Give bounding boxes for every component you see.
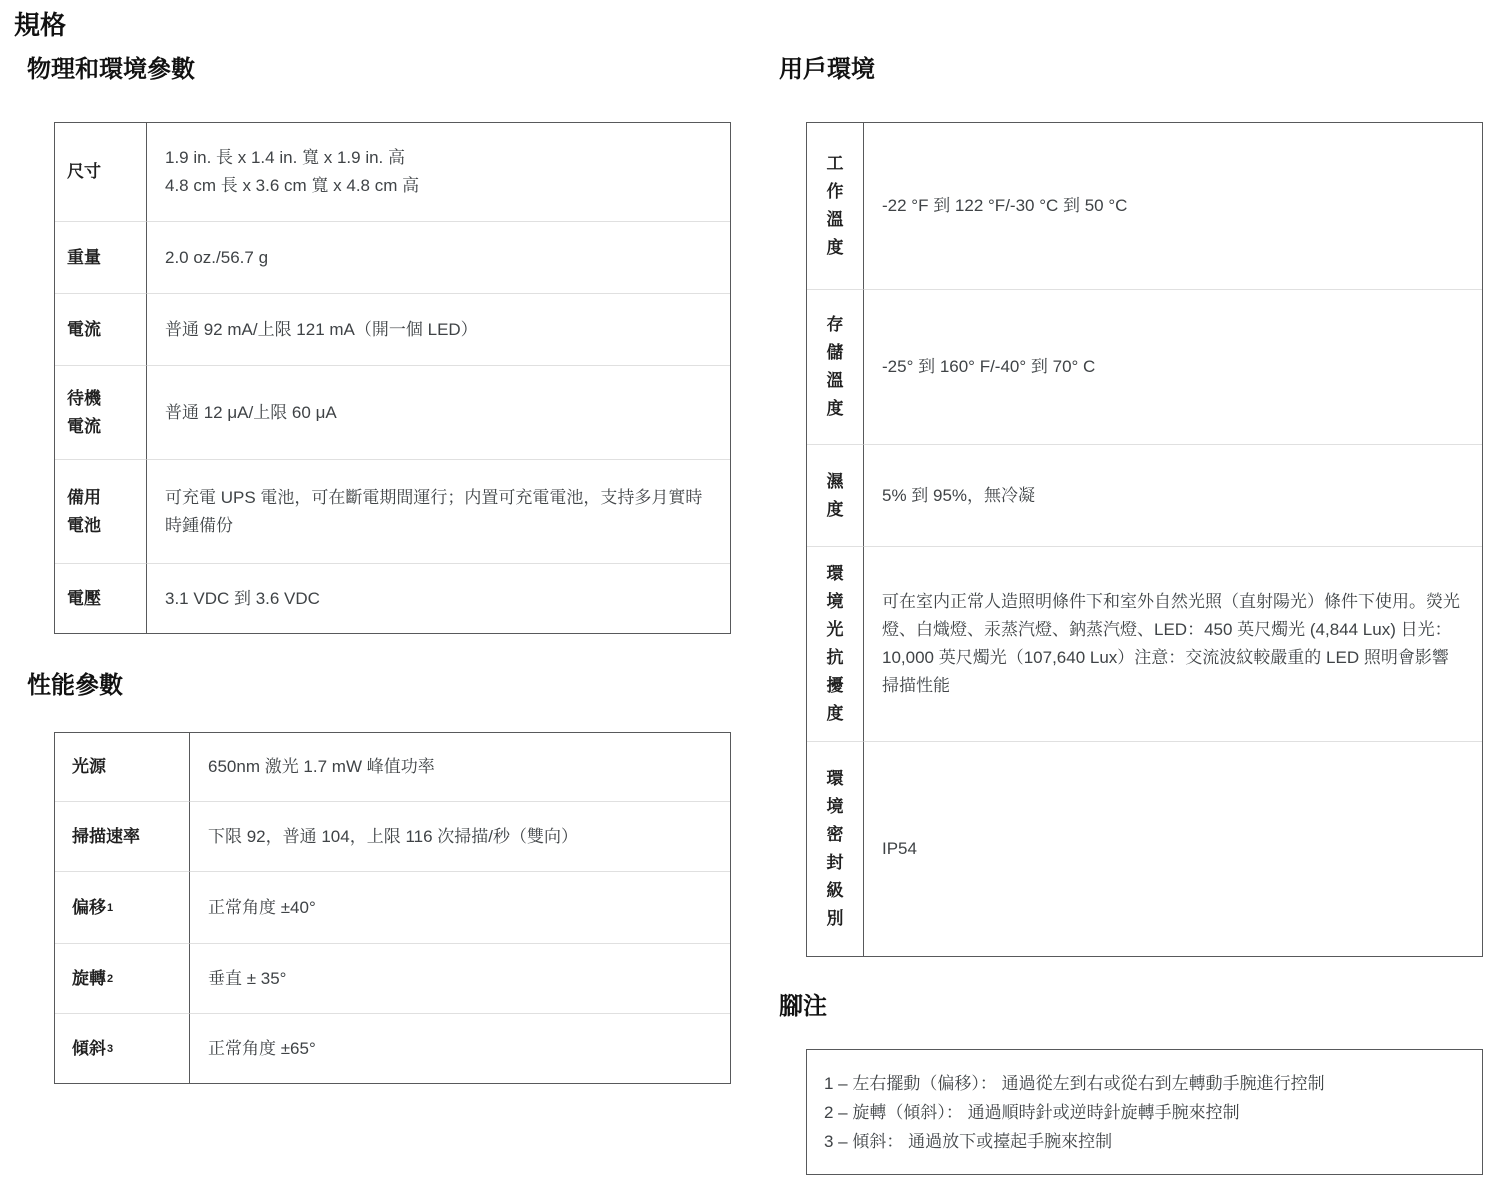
row-value-dimensions: 1.9 in. 長 x 1.4 in. 寬 x 1.9 in. 高 4.8 cm… bbox=[147, 123, 730, 221]
row-label-backup-battery: 備用 電池 bbox=[55, 459, 147, 563]
row-label-current: 電流 bbox=[55, 293, 147, 365]
footnotes-box: 1 – 左右擺動（偏移）： 通過從左到右或從右到左轉動手腕進行控制 2 – 旋轉… bbox=[806, 1049, 1483, 1175]
row-label-voltage: 電壓 bbox=[55, 563, 147, 633]
row-value-light-source: 650nm 激光 1.7 mW 峰值功率 bbox=[190, 733, 730, 801]
row-value-skew: 正常角度 ±40° bbox=[190, 871, 730, 943]
user-environment-table: 工 作 溫 度 -22 °F 到 122 °F/-30 °C 到 50 °C 存… bbox=[806, 122, 1483, 957]
content-columns: 物理和環境參數 尺寸 1.9 in. 長 x 1.4 in. 寬 x 1.9 i… bbox=[0, 54, 1504, 1175]
row-label-light-source: 光源 bbox=[55, 733, 190, 801]
performance-params-table: 光源 650nm 激光 1.7 mW 峰值功率 掃描速率 下限 92，普通 10… bbox=[54, 732, 731, 1084]
row-label-environmental-sealing: 環 境 密 封 級 別 bbox=[807, 741, 864, 956]
row-label-standby-current: 待機 電流 bbox=[55, 365, 147, 459]
row-value-operating-temp: -22 °F 到 122 °F/-30 °C 到 50 °C bbox=[864, 123, 1482, 289]
section-heading-environment: 用戶環境 bbox=[779, 54, 1489, 86]
row-value-standby-current: 普通 12 μA/上限 60 μA bbox=[147, 365, 730, 459]
row-label-dimensions: 尺寸 bbox=[55, 123, 147, 221]
row-label-operating-temp: 工 作 溫 度 bbox=[807, 123, 864, 289]
footnote-line-3: 3 – 傾斜： 通過放下或擡起手腕來控制 bbox=[824, 1127, 1462, 1156]
row-label-ambient-light-immunity: 環 境 光 抗 擾 度 bbox=[807, 546, 864, 741]
row-label-skew: 偏移1 bbox=[55, 871, 190, 943]
footnote-line-2: 2 – 旋轉（傾斜）： 通過順時針或逆時針旋轉手腕來控制 bbox=[824, 1098, 1462, 1127]
row-label-storage-temp: 存 儲 溫 度 bbox=[807, 289, 864, 444]
row-value-roll: 垂直 ± 35° bbox=[190, 943, 730, 1013]
physical-params-table: 尺寸 1.9 in. 長 x 1.4 in. 寬 x 1.9 in. 高 4.8… bbox=[54, 122, 731, 634]
row-value-pitch: 正常角度 ±65° bbox=[190, 1013, 730, 1083]
page-title: 規格 bbox=[14, 8, 1504, 42]
footnote-line-1: 1 – 左右擺動（偏移）： 通過從左到右或從右到左轉動手腕進行控制 bbox=[824, 1069, 1462, 1098]
right-column: 用戶環境 工 作 溫 度 -22 °F 到 122 °F/-30 °C 到 50… bbox=[779, 54, 1489, 1175]
row-value-ambient-light-immunity: 可在室内正常人造照明條件下和室外自然光照（直射陽光）條件下使用。熒光燈、白熾燈、… bbox=[864, 546, 1482, 741]
row-label-humidity: 濕 度 bbox=[807, 444, 864, 546]
row-label-roll: 旋轉2 bbox=[55, 943, 190, 1013]
section-heading-performance: 性能參數 bbox=[27, 670, 731, 702]
row-value-humidity: 5% 到 95%，無冷凝 bbox=[864, 444, 1482, 546]
row-label-weight: 重量 bbox=[55, 221, 147, 293]
section-heading-physical: 物理和環境參數 bbox=[27, 54, 731, 86]
row-value-backup-battery: 可充電 UPS 電池，可在斷電期間運行；内置可充電電池，支持多月實時時鍾備份 bbox=[147, 459, 730, 563]
row-value-voltage: 3.1 VDC 到 3.6 VDC bbox=[147, 563, 730, 633]
row-value-weight: 2.0 oz./56.7 g bbox=[147, 221, 730, 293]
row-value-current: 普通 92 mA/上限 121 mA（開一個 LED） bbox=[147, 293, 730, 365]
left-column: 物理和環境參數 尺寸 1.9 in. 長 x 1.4 in. 寬 x 1.9 i… bbox=[27, 54, 731, 1084]
row-value-environmental-sealing: IP54 bbox=[864, 741, 1482, 956]
section-heading-footnotes: 腳注 bbox=[779, 991, 1489, 1023]
row-value-scan-rate: 下限 92，普通 104，上限 116 次掃描/秒（雙向） bbox=[190, 801, 730, 871]
row-value-storage-temp: -25° 到 160° F/-40° 到 70° C bbox=[864, 289, 1482, 444]
row-label-pitch: 傾斜3 bbox=[55, 1013, 190, 1083]
row-label-scan-rate: 掃描速率 bbox=[55, 801, 190, 871]
